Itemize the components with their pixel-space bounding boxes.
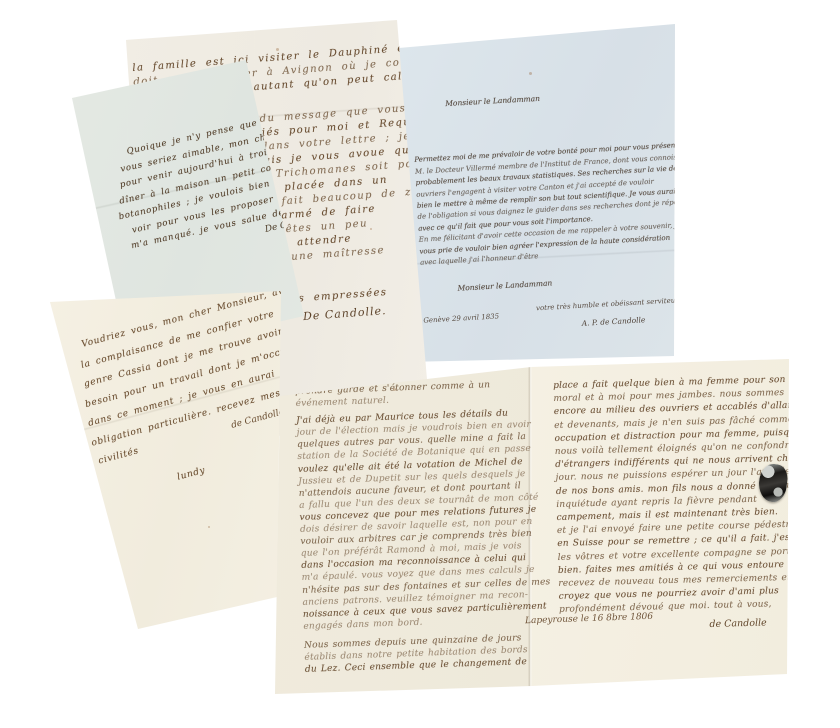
foxing-spot [208, 526, 210, 528]
note-body: Voudriez vous, mon cher Monsieur, avoirl… [66, 282, 314, 453]
sheet-blue-letter-1835: Monsieur le Landamman Permettez moi de m… [399, 24, 676, 362]
bifolium-right-column: place a fait quelque bien à ma femme pou… [553, 374, 792, 635]
sheet-bifolium-1806: prendre garde et s'étonner comme à unévé… [273, 356, 791, 696]
signature-de-candolle: de Candolle [709, 616, 791, 631]
letter-closing-salutation: Monsieur le Landamman [457, 271, 677, 295]
photograph-of-manuscript-letters: Monsieur le Landamman Permettez moi de m… [0, 0, 840, 728]
foxing-spot [276, 48, 279, 51]
foxing-spot [393, 388, 396, 391]
foxing-spot [583, 556, 585, 558]
bifolium-left-column: prendre garde et s'étonner comme à unévé… [295, 378, 545, 676]
signature-de-candolle: A. P. de Candolle [581, 313, 679, 327]
sheet-cream-note: Voudriez vous, mon cher Monsieur, avoirl… [48, 288, 284, 636]
letter-body: Permettez moi de me prévaloir de votre b… [414, 141, 676, 269]
letter-body: place a fait quelque bien à ma femme pou… [553, 374, 791, 618]
foxing-spot [529, 72, 532, 75]
letter-dateline: Genève 29 avril 1835 [423, 312, 499, 324]
letter-salutation: Monsieur le Landamman [445, 86, 667, 110]
foxing-spot [370, 228, 372, 230]
